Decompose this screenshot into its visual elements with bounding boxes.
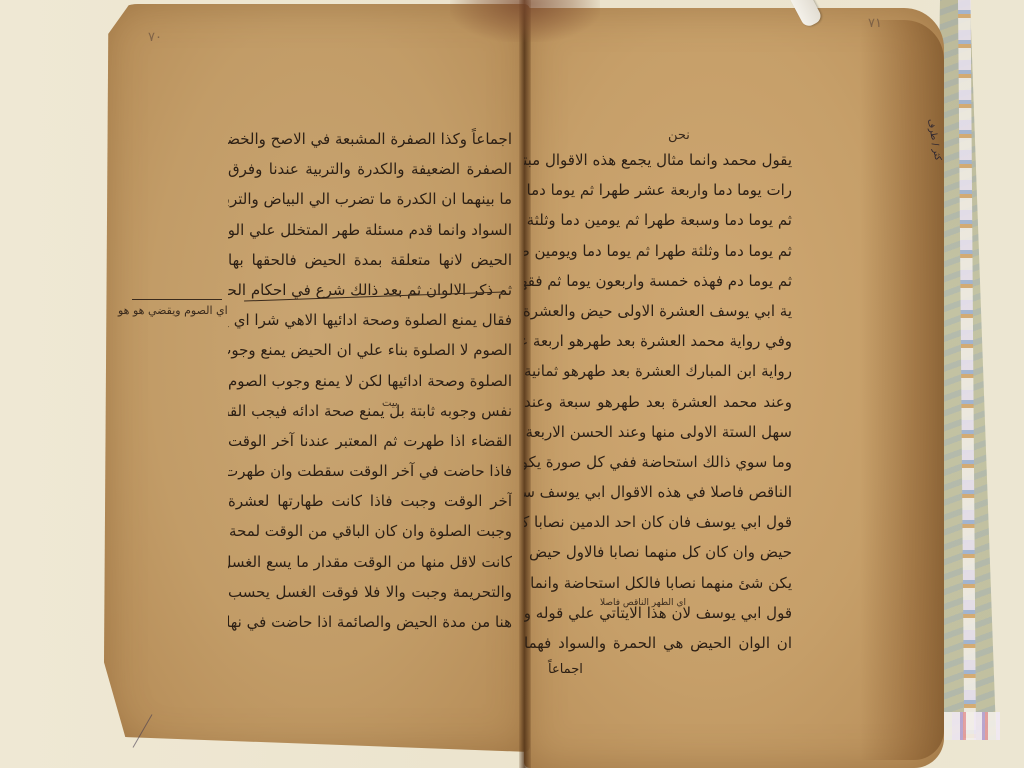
- left-page-text: اجماعاً وكذا الصفرة المشبعة في الاصح وال…: [228, 124, 512, 637]
- interlinear-gloss: اي الطهر الناقص فاصلا: [600, 598, 686, 608]
- text-line: الصفرة الضعيفة والكدرة والتربية عندنا وف…: [228, 154, 512, 184]
- text-line: ثم يوما دما وثلثة طهرا ثم يوما دما ويومي…: [524, 236, 792, 266]
- text-line: قول ابي يوسف فان كان احد الدمين نصابا كا…: [524, 507, 792, 537]
- text-line: السواد وانما قدم مسئلة طهر المتخلل علي ا…: [228, 215, 512, 245]
- text-line: ان الوان الحيض هي الحمرة والسواد فهما: [524, 628, 792, 658]
- text-line: ثم يوما دما وسبعة طهرا ثم يومين دما وثلث…: [524, 205, 792, 235]
- interlinear-gloss: بيت: [382, 398, 398, 409]
- text-line: القضاء اذا طهرت ثم المعتبر عندنا آخر الو…: [228, 426, 512, 456]
- text-line: كانت لاقل منها من الوقت مقدار ما يسع الغ…: [228, 547, 512, 577]
- text-line: الصلوة وصحة ادائيها لكن لا يمنع وجوب الص…: [228, 366, 512, 396]
- text-line: ثم يوما دم فهذه خمسة واربعون يوما ثم فقه…: [524, 266, 792, 296]
- text-line: فاذا حاضت في آخر الوقت سقطت وان طهرت في: [228, 456, 512, 486]
- left-folio-mark: ٧٠: [148, 30, 162, 45]
- water-stain: [450, 0, 600, 42]
- text-line: الناقص فاصلا في هذه الاقوال ابي يوسف سوي: [524, 477, 792, 507]
- text-line: الحيض لانها متعلقة بمدة الحيض فالحقها به…: [228, 245, 512, 275]
- text-line: فقال يمنع الصلوة وصحة ادائيها الاهي شرا …: [228, 305, 512, 335]
- text-line: نفس وجوبه ثابتة بل يمنع صحة ادائه فيجب ا…: [228, 396, 512, 426]
- manuscript-photo: ٧٠ ٧١ اجماعاً وكذا الصفرة المشبعة في الا…: [0, 0, 1024, 768]
- right-folio-mark: ٧١: [868, 16, 882, 31]
- text-line: هنا من مدة الحيض والصائمة اذا حاضت في نه…: [228, 607, 512, 637]
- text-line: وعند محمد العشرة بعد طهرهو سبعة وعند: [524, 387, 792, 417]
- margin-rule: [132, 299, 222, 300]
- text-line: وجبت الصلوة وان كان الباقي من الوقت لمحة…: [228, 516, 512, 546]
- text-line: يقول محمد وانما مثال يجمع هذه الاقوال مب…: [524, 145, 792, 175]
- text-line: رواية ابن المبارك العشرة بعد طهرهو ثماني…: [524, 356, 792, 386]
- text-line: سهل الستة الاولى منها وعند الحسن الاربعة…: [524, 417, 792, 447]
- text-line: ية ابي يوسف العشرة الاولى حيض والعشرة ال…: [524, 296, 792, 326]
- superscript-word: نحن: [668, 128, 690, 143]
- text-line: رات يوما دما واربعة عشر طهرا ثم يوما دما…: [524, 175, 792, 205]
- text-line: حيض وان كان كل منهما نصابا فالاول حيض وا…: [524, 537, 792, 567]
- text-line: يكن شئ منهما نصابا فالكل استحاضة وانما ا…: [524, 568, 792, 598]
- text-line: الصوم لا الصلوة بناء علي ان الحيض يمنع و…: [228, 335, 512, 365]
- catchword: اجماعاً: [548, 662, 583, 677]
- text-line: وما سوي ذالك استحاضة ففي كل صورة يكون ال…: [524, 447, 792, 477]
- text-line: ما بينهما ان الكدرة ما تضرب الي البياض و…: [228, 184, 512, 214]
- text-line: آخر الوقت وجبت فاذا كانت طهارتها لعشرة: [228, 486, 512, 516]
- margin-note: اي الصوم ويقضي هو هو: [118, 304, 228, 317]
- text-line: وفي رواية محمد العشرة بعد طهرهو اربعة عش…: [524, 326, 792, 356]
- right-page-text: يقول محمد وانما مثال يجمع هذه الاقوال مب…: [524, 145, 792, 658]
- text-line: اجماعاً وكذا الصفرة المشبعة في الاصح وال…: [228, 124, 512, 154]
- text-line: والتحريمة وجبت والا فلا فوقت الغسل يحسب: [228, 577, 512, 607]
